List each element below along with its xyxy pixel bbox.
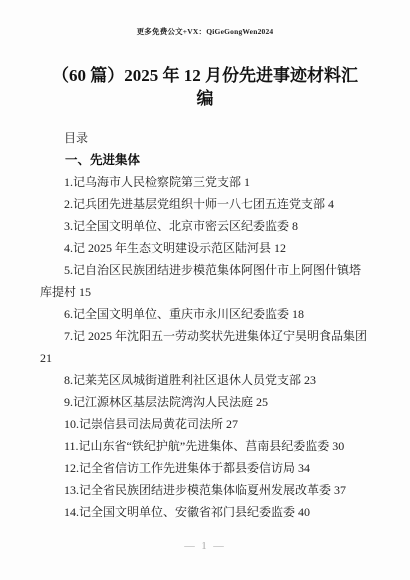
toc-item-title: 12.记全省信访工作先进集体于都县委信访局 (64, 461, 295, 475)
toc-item-page: 25 (256, 395, 268, 409)
toc-item-title: 6.记全国文明单位、重庆市永川区纪委监委 (64, 307, 289, 321)
toc-item-page: 23 (304, 373, 316, 387)
toc-item-page: 8 (292, 219, 298, 233)
section-heading-advanced-collectives: 一、先进集体 (40, 149, 370, 171)
toc-item-title: 8.记莱芜区凤城街道胜利社区退休人员党支部 (64, 373, 301, 387)
toc-item-title: 4.记 2025 年生态文明建设示范区陆河县 (64, 241, 271, 255)
toc-item-title: 9.记江源林区基层法院湾沟人民法庭 (64, 395, 253, 409)
toc-item: 6.记全国文明单位、重庆市永川区纪委监委 18 (40, 303, 370, 325)
promo-note: 更多免费公文+VX：QiGeGongWen2024 (0, 27, 410, 36)
toc-item-title: 1.记乌海市人民检察院第三党支部 (64, 175, 241, 189)
toc-item: 11.记山东省“铁纪护航”先进集体、莒南县纪委监委 30 (40, 435, 370, 457)
toc-item-title: 2.记兵团先进基层党组织十师一八七团五连党支部 (64, 197, 325, 211)
toc-item-title: 3.记全国文明单位、北京市密云区纪委监委 (64, 219, 289, 233)
toc-item-page: 15 (79, 285, 91, 299)
toc-content: 目录 一、先进集体 1.记乌海市人民检察院第三党支部 1 2.记兵团先进基层党组… (40, 127, 370, 523)
page-number: — 1 — (0, 541, 410, 552)
toc-item-page: 21 (40, 351, 52, 365)
toc-item-page: 27 (226, 417, 238, 431)
toc-item: 10.记崇信县司法局黄花司法所 27 (40, 413, 370, 435)
toc-item-page: 34 (298, 461, 310, 475)
toc-item: 8.记莱芜区凤城街道胜利社区退休人员党支部 23 (40, 369, 370, 391)
toc-list: 1.记乌海市人民检察院第三党支部 1 2.记兵团先进基层党组织十师一八七团五连党… (40, 171, 370, 523)
document-title: （60 篇）2025 年 12 月份先进事迹材料汇编 (50, 64, 360, 110)
toc-item-page: 18 (292, 307, 304, 321)
toc-item: 5.记自治区民族团结进步模范集体阿图什市上阿图什镇塔库提村 15 (40, 259, 370, 303)
document-page: 更多免费公文+VX：QiGeGongWen2024 （60 篇）2025 年 1… (0, 0, 410, 580)
toc-item: 14.记全国文明单位、安徽省祁门县纪委监委 40 (40, 501, 370, 523)
toc-item: 13.记全省民族团结进步模范集体临夏州发展改革委 37 (40, 479, 370, 501)
toc-item-title: 10.记崇信县司法局黄花司法所 (64, 417, 223, 431)
toc-item-title: 13.记全省民族团结进步模范集体临夏州发展改革委 (64, 483, 331, 497)
toc-item: 12.记全省信访工作先进集体于都县委信访局 34 (40, 457, 370, 479)
toc-item-title: 14.记全国文明单位、安徽省祁门县纪委监委 (64, 505, 295, 519)
toc-item-page: 12 (274, 241, 286, 255)
toc-item-page: 40 (298, 505, 310, 519)
toc-item-page: 30 (332, 439, 344, 453)
toc-item: 3.记全国文明单位、北京市密云区纪委监委 8 (40, 215, 370, 237)
toc-heading: 目录 (40, 127, 370, 149)
toc-item: 4.记 2025 年生态文明建设示范区陆河县 12 (40, 237, 370, 259)
toc-item: 9.记江源林区基层法院湾沟人民法庭 25 (40, 391, 370, 413)
toc-item: 2.记兵团先进基层党组织十师一八七团五连党支部 4 (40, 193, 370, 215)
toc-item-title: 7.记 2025 年沈阳五一劳动奖状先进集体辽宁昊明食品集团 (64, 329, 367, 343)
toc-item-page: 37 (334, 483, 346, 497)
toc-item-page: 4 (328, 197, 334, 211)
toc-item: 1.记乌海市人民检察院第三党支部 1 (40, 171, 370, 193)
toc-item-page: 1 (244, 175, 250, 189)
toc-item-title: 11.记山东省“铁纪护航”先进集体、莒南县纪委监委 (64, 439, 329, 453)
toc-item: 7.记 2025 年沈阳五一劳动奖状先进集体辽宁昊明食品集团 21 (40, 325, 370, 369)
